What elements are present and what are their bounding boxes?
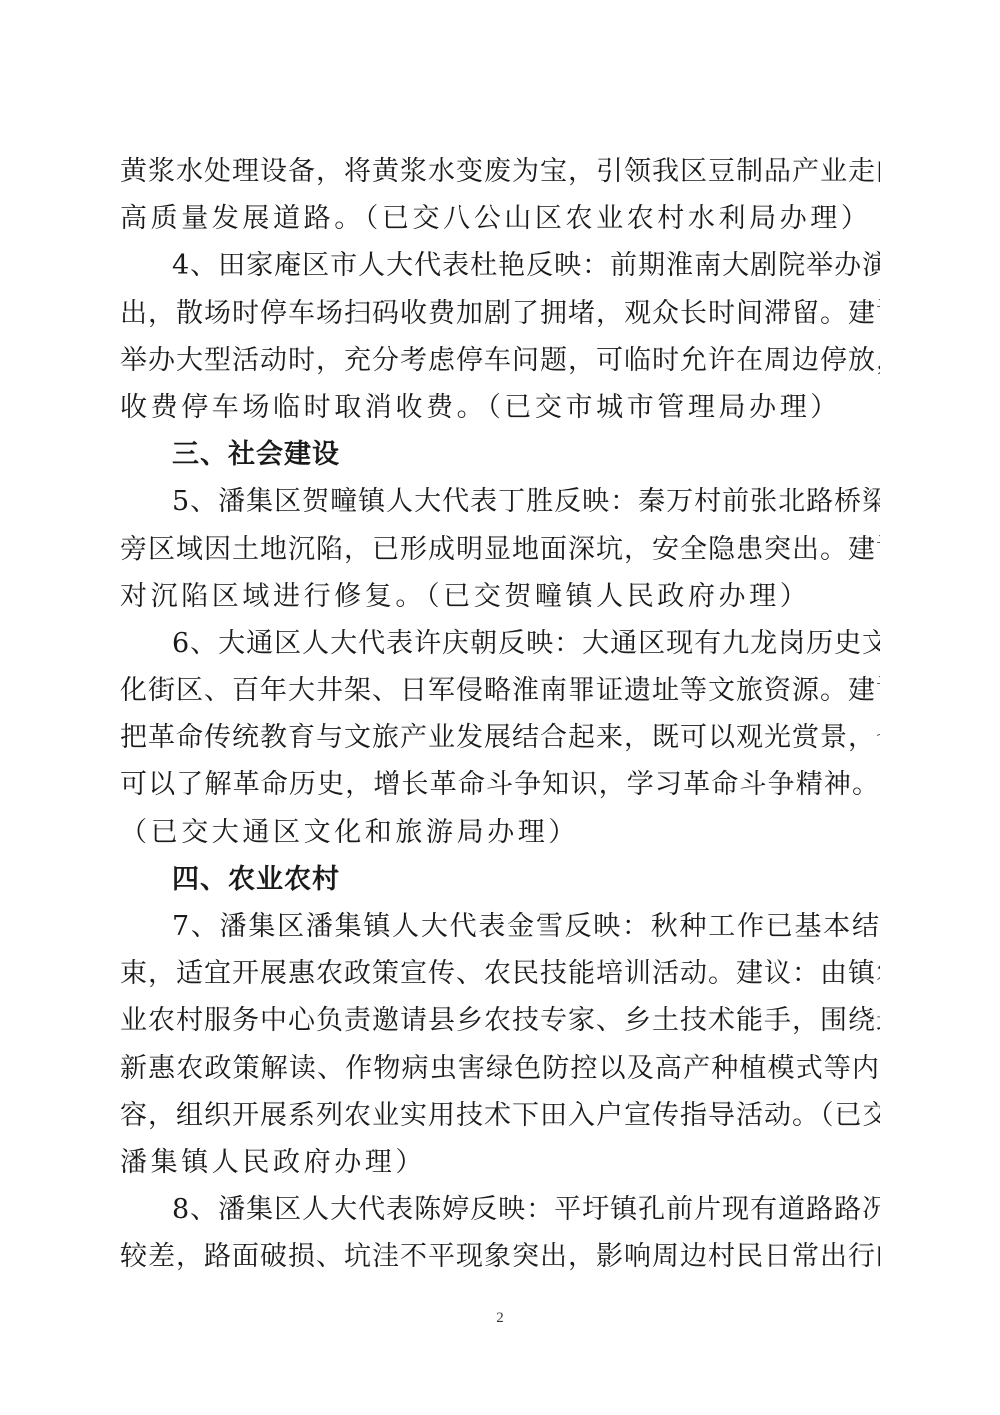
paragraph-line-item-5: 5、潘集区贺疃镇人大代表丁胜反映：秦万村前张北路桥梁 (120, 478, 880, 525)
paragraph-line: 黄浆水处理设备，将黄浆水变废为宝，引领我区豆制品产业走向 (120, 148, 880, 195)
paragraph-line: 可以了解革命历史，增长革命斗争知识，学习革命斗争精神。 (120, 761, 880, 808)
paragraph-line: 业农村服务中心负责邀请县乡农技专家、乡土技术能手，围绕最 (120, 997, 880, 1044)
paragraph-line: 束，适宜开展惠农政策宣传、农民技能培训活动。建议：由镇农 (120, 950, 880, 997)
paragraph-line-item-8: 8、潘集区人大代表陈婷反映：平圩镇孔前片现有道路路况 (120, 1186, 880, 1233)
paragraph-line: 收费停车场临时取消收费。（已交市城市管理局办理） (120, 384, 880, 431)
paragraph-line-item-4: 4、田家庵区市人大代表杜艳反映：前期淮南大剧院举办演 (120, 242, 880, 289)
document-body: 黄浆水处理设备，将黄浆水变废为宝，引领我区豆制品产业走向 高质量发展道路。（已交… (120, 148, 880, 1281)
paragraph-line: （已交大通区文化和旅游局办理） (120, 809, 880, 856)
paragraph-line: 新惠农政策解读、作物病虫害绿色防控以及高产种植模式等内 (120, 1045, 880, 1092)
paragraph-line: 高质量发展道路。（已交八公山区农业农村水利局办理） (120, 195, 880, 242)
paragraph-line-item-7: 7、潘集区潘集镇人大代表金雪反映：秋种工作已基本结 (120, 903, 880, 950)
paragraph-line: 较差，路面破损、坑洼不平现象突出，影响周边村民日常出行的 (120, 1233, 880, 1280)
paragraph-line: 化街区、百年大井架、日军侵略淮南罪证遗址等文旅资源。建议 (120, 667, 880, 714)
paragraph-line-item-6: 6、大通区人大代表许庆朝反映：大通区现有九龙岗历史文 (120, 620, 880, 667)
paragraph-line: 举办大型活动时，充分考虑停车问题，可临时允许在周边停放， (120, 337, 880, 384)
document-page: 黄浆水处理设备，将黄浆水变废为宝，引领我区豆制品产业走向 高质量发展道路。（已交… (0, 0, 1000, 1415)
paragraph-line: 对沉陷区域进行修复。（已交贺疃镇人民政府办理） (120, 573, 880, 620)
paragraph-line: 潘集镇人民政府办理） (120, 1139, 880, 1186)
section-heading-social-construction: 三、社会建设 (120, 431, 880, 478)
paragraph-line: 容，组织开展系列农业实用技术下田入户宣传指导活动。（已交 (120, 1092, 880, 1139)
paragraph-line: 把革命传统教育与文旅产业发展结合起来，既可以观光赏景，也 (120, 714, 880, 761)
section-heading-agriculture-rural: 四、农业农村 (120, 856, 880, 903)
paragraph-line: 旁区域因土地沉陷，已形成明显地面深坑，安全隐患突出。建议 (120, 526, 880, 573)
paragraph-line: 出，散场时停车场扫码收费加剧了拥堵，观众长时间滞留。建议 (120, 290, 880, 337)
page-number: 2 (0, 1310, 1000, 1327)
